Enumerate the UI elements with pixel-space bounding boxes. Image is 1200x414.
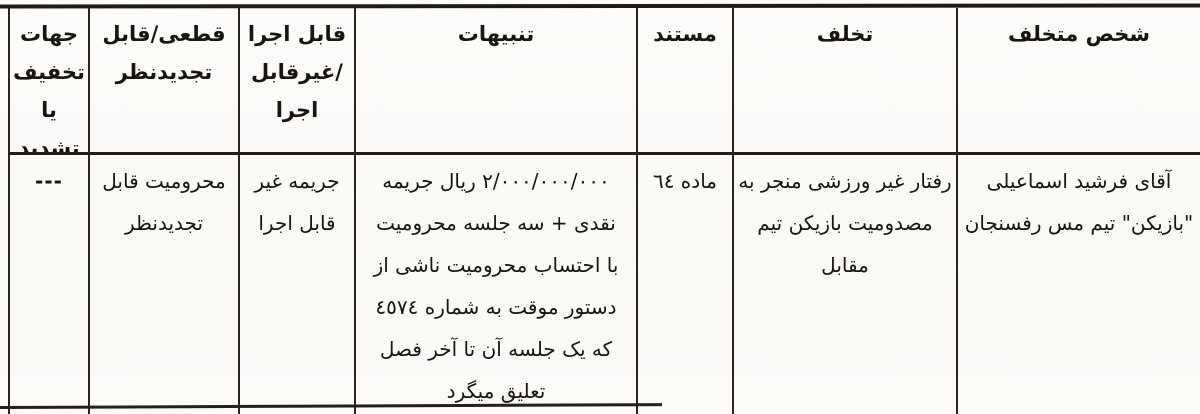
column-header-violation: تخلف <box>732 8 956 155</box>
column-header-reference: مستند <box>636 8 732 155</box>
cell-penalties: ٢/٠٠٠/٠٠٠/٠٠٠ ریال جریمه نقدی + سه جلسه … <box>354 155 636 414</box>
cell-finality: محرومیت قابل تجدیدنظر <box>88 155 238 414</box>
column-header-penalties: تنبیهات <box>354 8 636 155</box>
cell-violation: رفتار غیر ورزشی منجر به مصدومیت بازیکن ت… <box>732 155 956 414</box>
cell-mitigation: --- <box>8 155 88 414</box>
column-header-executability: قابل اجرا /غیرقابل اجرا <box>238 8 354 155</box>
cell-reference: ماده ٦٤ <box>636 155 732 414</box>
column-header-offending-person: شخص متخلف <box>956 8 1200 155</box>
column-header-mitigation: جهات تخفیف یا تشدید <box>8 8 88 155</box>
column-header-finality: قطعی/قابل تجدیدنظر <box>88 8 238 155</box>
cell-offending-person: آقای فرشید اسماعیلی "بازیکن" تیم مس رفسن… <box>956 155 1200 414</box>
cell-executability: جریمه غیر قابل اجرا <box>238 155 354 414</box>
disciplinary-table: شخص متخلف تخلف مستند تنبیهات قابل اجرا /… <box>8 8 1200 414</box>
